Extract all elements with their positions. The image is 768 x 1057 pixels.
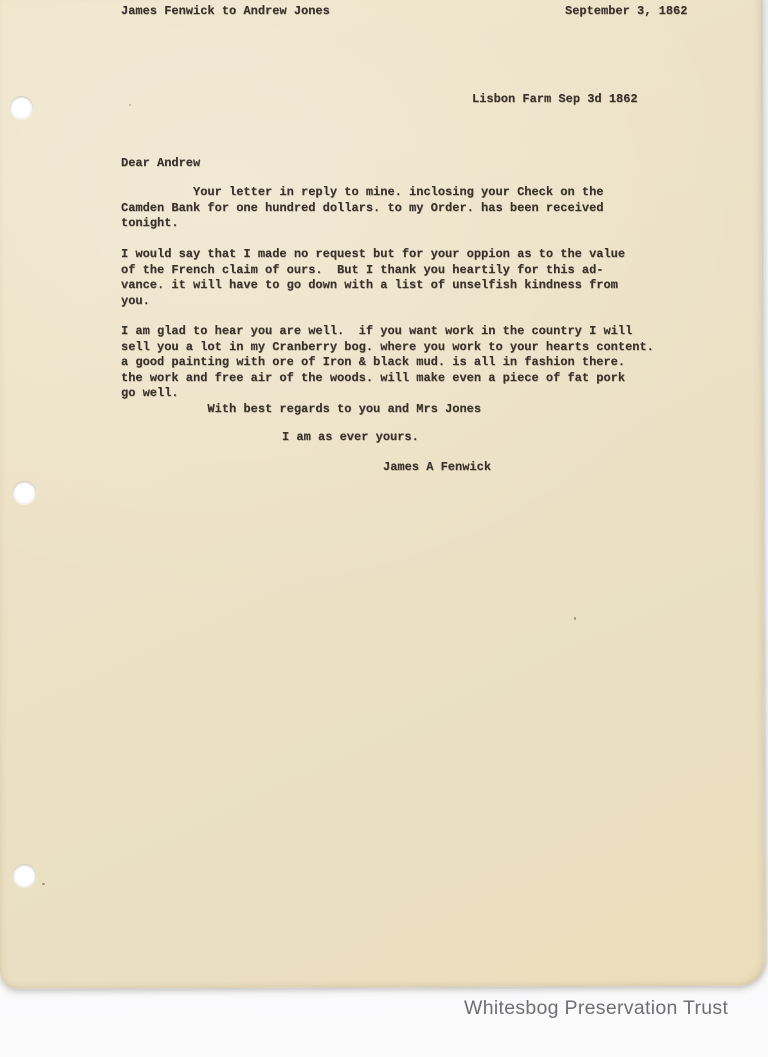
letter-paragraph-1: Your letter in reply to mine. inclosing … <box>121 185 603 232</box>
paper-sheet <box>0 0 765 989</box>
letter-signature: James A Fenwick <box>383 460 491 476</box>
letter-paragraph-3: I am glad to hear you are well. if you w… <box>121 324 654 417</box>
watermark-credit: Whitesbog Preservation Trust <box>464 997 728 1020</box>
punch-hole-top <box>10 96 33 119</box>
letter-salutation: Dear Andrew <box>121 156 200 172</box>
archive-annotation-date: September 3, 1862 <box>565 4 687 20</box>
letter-closing: I am as ever yours. <box>282 430 419 446</box>
dust-speck <box>574 617 576 620</box>
dust-speck <box>129 104 131 106</box>
punch-hole-middle <box>13 481 36 504</box>
archive-annotation-sender: James Fenwick to Andrew Jones <box>121 4 330 20</box>
letter-dateline: Lisbon Farm Sep 3d 1862 <box>472 92 638 108</box>
punch-hole-bottom <box>13 864 36 887</box>
letter-paragraph-2: I would say that I made no request but f… <box>121 247 625 309</box>
dust-speck <box>42 883 45 885</box>
